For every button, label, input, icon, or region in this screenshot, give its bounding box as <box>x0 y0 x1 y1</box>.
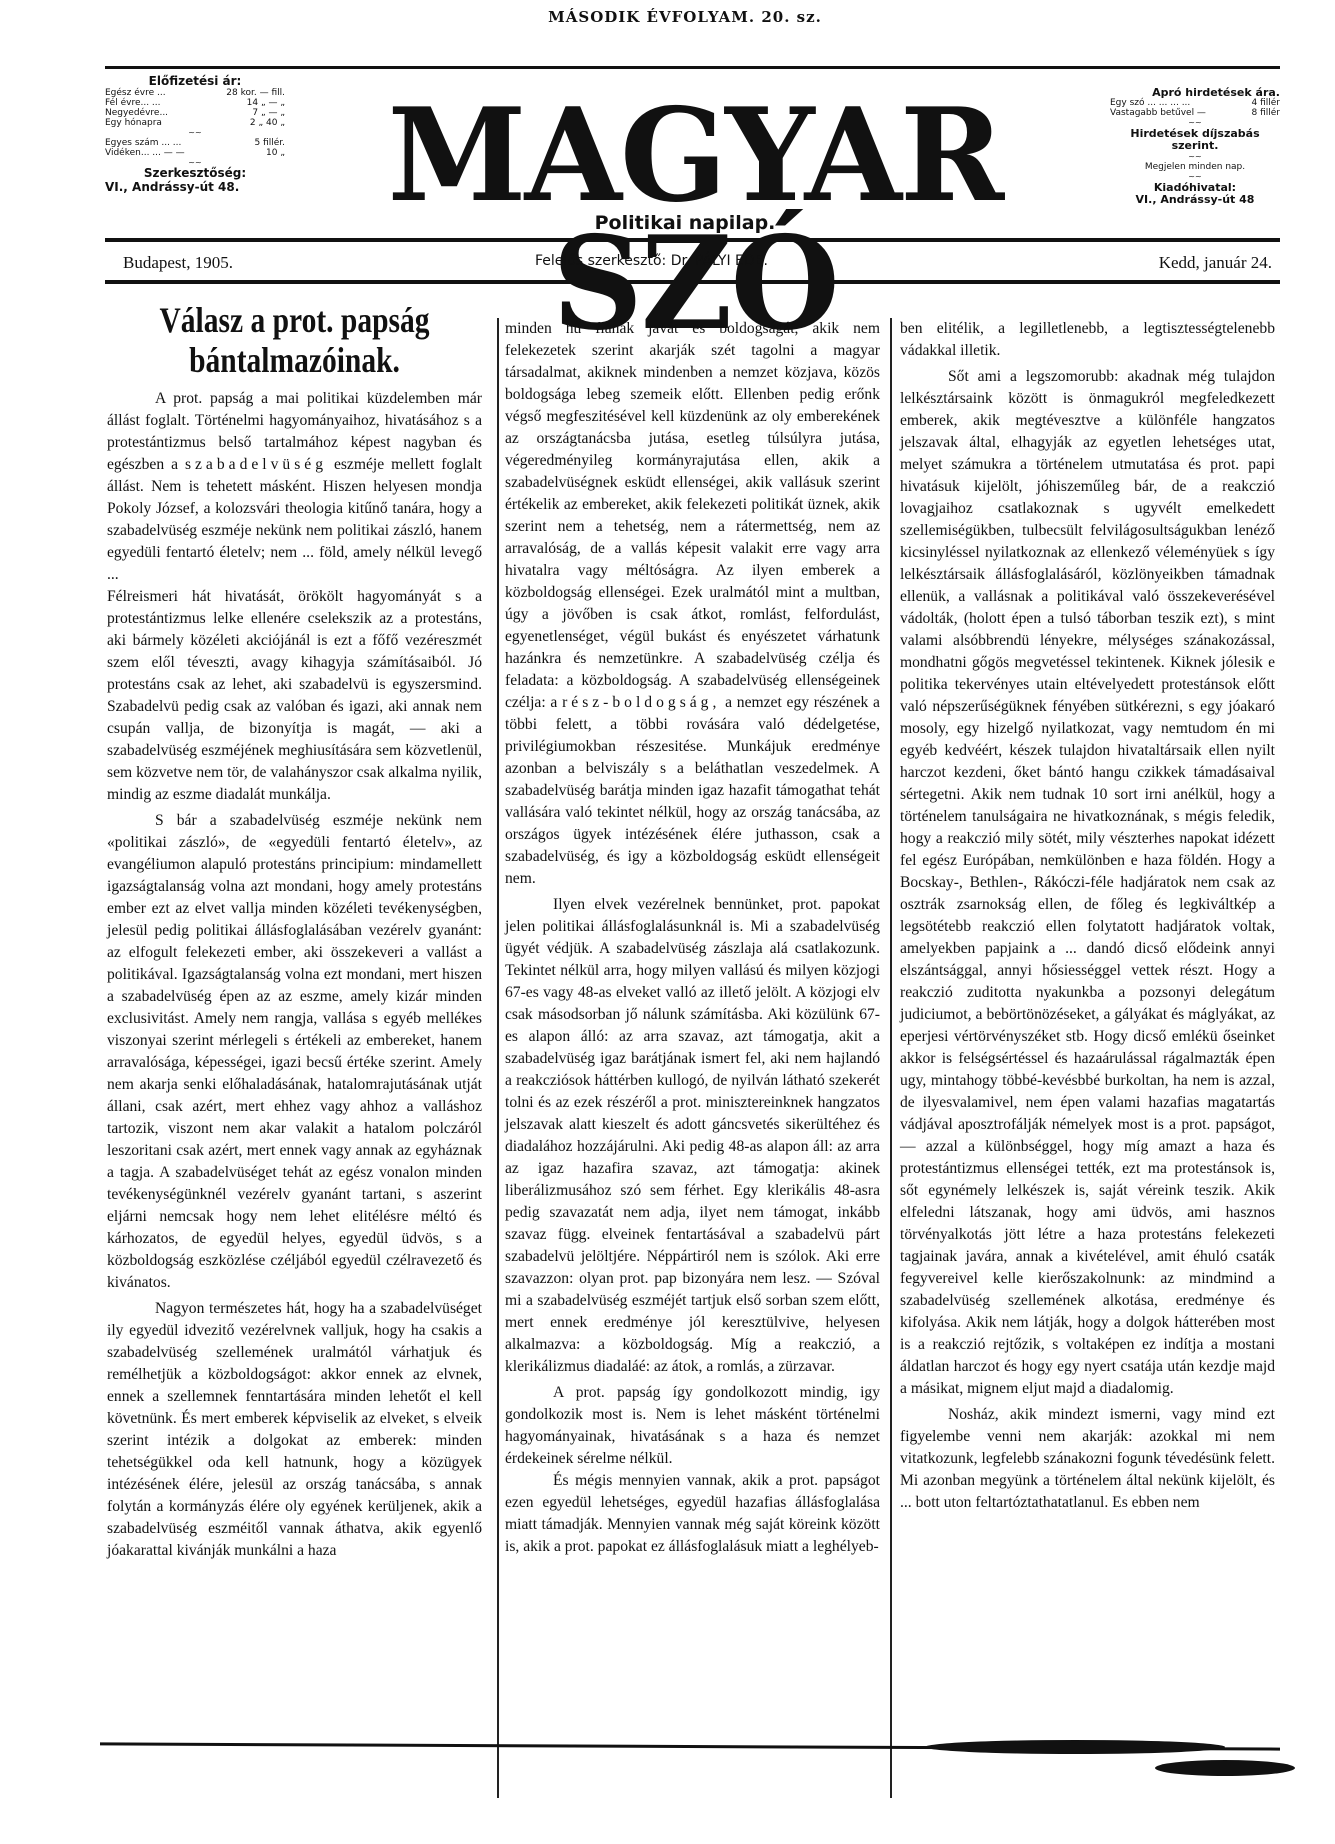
dateline-top-rule <box>105 238 1280 242</box>
paragraph-text: a nemzet egy részének a többi felett, a … <box>505 694 880 887</box>
masthead-subtitle: Politikai napilap. <box>435 212 935 234</box>
office-heading: Szerkesztőség: <box>105 168 285 178</box>
ad-price-row: Vastagabb betűvel —8 fillér <box>1110 108 1280 118</box>
paragraph: minden hű fiának javát és boldogságát, a… <box>505 318 880 890</box>
ad-price-row: Egy szó ... ... ... ...4 fillér <box>1110 98 1280 108</box>
headline-line: Válasz a prot. papság <box>141 300 449 340</box>
paragraph: A prot. papság így gondolkozott mindig, … <box>505 1382 880 1470</box>
ad-price-label: Vastagabb betűvel — <box>1110 108 1206 118</box>
price-row: Vidéken... ... — —10 „ <box>105 148 285 158</box>
emphasized-text: szabadelvüség <box>185 456 327 473</box>
ad-price-value: 8 fillér <box>1252 108 1281 118</box>
price-row: Negyedévre...7 „ — „ <box>105 108 285 118</box>
editor-line: Felelős szerkesztő: Dr. PÁLYI EDE. <box>535 253 768 275</box>
ads-heading: Apró hirdetések ára. <box>1110 88 1280 98</box>
price-row: Fél évre... ...14 „ — „ <box>105 98 285 108</box>
paragraph-text: minden hű fiának javát és boldogságát, a… <box>505 320 880 711</box>
paragraph: Félreismeri hát hivatását, örökölt hagyo… <box>107 586 482 806</box>
price-label: Fél évre... ... <box>105 98 161 108</box>
subscription-heading: Előfizetési ár: <box>105 76 285 86</box>
article-column-3: ben elitélik, a legilletlenebb, a legtis… <box>900 318 1275 1514</box>
emphasized-text: rész-boldogság, <box>562 694 720 711</box>
price-value: 5 fillér. <box>254 138 285 148</box>
ornament-divider: ~~ <box>1110 152 1280 162</box>
publication-schedule: Megjelen minden nap. <box>1110 162 1280 172</box>
volume-line: MÁSODIK ÉVFOLYAM. 20. sz. <box>435 8 935 26</box>
price-value: 14 „ — „ <box>247 98 285 108</box>
price-value: 10 „ <box>266 148 285 158</box>
paragraph: Nosház, akik mindezt ismerni, vagy mind … <box>900 1404 1275 1514</box>
paragraph: És mégis mennyien vannak, akik a prot. p… <box>505 1470 880 1558</box>
price-label: Egy hónapra <box>105 118 162 128</box>
article-headline: Válasz a prot. papság bántalmazóinak. <box>141 300 449 380</box>
ink-smudge <box>1155 1760 1295 1776</box>
price-label: Vidéken... ... — — <box>105 148 185 158</box>
article-column-2: minden hű fiának javát és boldogságát, a… <box>505 318 880 1558</box>
headline-line: bántalmazóinak. <box>141 340 449 380</box>
price-label: Egyes szám ... ... <box>105 138 181 148</box>
paragraph-text: eszméje mellett foglalt állást. Nem is t… <box>107 456 482 583</box>
paragraph: Ilyen elvek vezérelnek bennünket, prot. … <box>505 894 880 1378</box>
price-value: 28 kor. — fill. <box>226 88 285 98</box>
dateline-bottom-rule <box>105 280 1280 284</box>
column-divider <box>890 318 892 1798</box>
price-value: 7 „ — „ <box>252 108 285 118</box>
paragraph: ben elitélik, a legilletlenebb, a legtis… <box>900 318 1275 362</box>
office-address: VI., Andrássy-út 48. <box>105 180 285 194</box>
ads-tariff: Hirdetések díjszabás szerint. <box>1110 128 1280 152</box>
price-row: Egy hónapra2 „ 40 „ <box>105 118 285 128</box>
price-label: Negyedévre... <box>105 108 168 118</box>
article-column-1: Válasz a prot. papság bántalmazóinak. A … <box>107 300 482 1562</box>
issue-date: Kedd, január 24. <box>1159 253 1272 275</box>
paragraph: S bár a szabadelvüség eszméje nekünk nem… <box>107 810 482 1294</box>
ornament-divider: ~~ <box>105 128 285 138</box>
price-row: Egész évre ...28 kor. — fill. <box>105 88 285 98</box>
paragraph: Sőt ami a legszomorubb: akadnak még tula… <box>900 366 1275 1400</box>
newspaper-page: MÁSODIK ÉVFOLYAM. 20. sz. Előfizetési ár… <box>105 0 1280 1844</box>
ink-smudge <box>925 1740 1225 1754</box>
ads-box: Apró hirdetések ára. Egy szó ... ... ...… <box>1110 88 1280 206</box>
publisher-address: VI., Andrássy-út 48 <box>1110 194 1280 206</box>
column-divider <box>497 318 499 1798</box>
price-value: 2 „ 40 „ <box>250 118 285 128</box>
ad-price-value: 4 fillér <box>1252 98 1281 108</box>
paragraph: Nagyon természetes hát, hogy ha a szabad… <box>107 1298 482 1562</box>
subscription-box: Előfizetési ár: Egész évre ...28 kor. — … <box>105 76 285 194</box>
price-row: Egyes szám ... ...5 fillér. <box>105 138 285 148</box>
place-year: Budapest, 1905. <box>123 253 233 275</box>
paragraph: A prot. papság a mai politikai küzdelemb… <box>107 388 482 586</box>
top-rule <box>105 66 1280 69</box>
ad-price-label: Egy szó ... ... ... ... <box>1110 98 1190 108</box>
price-label: Egész évre ... <box>105 88 166 98</box>
